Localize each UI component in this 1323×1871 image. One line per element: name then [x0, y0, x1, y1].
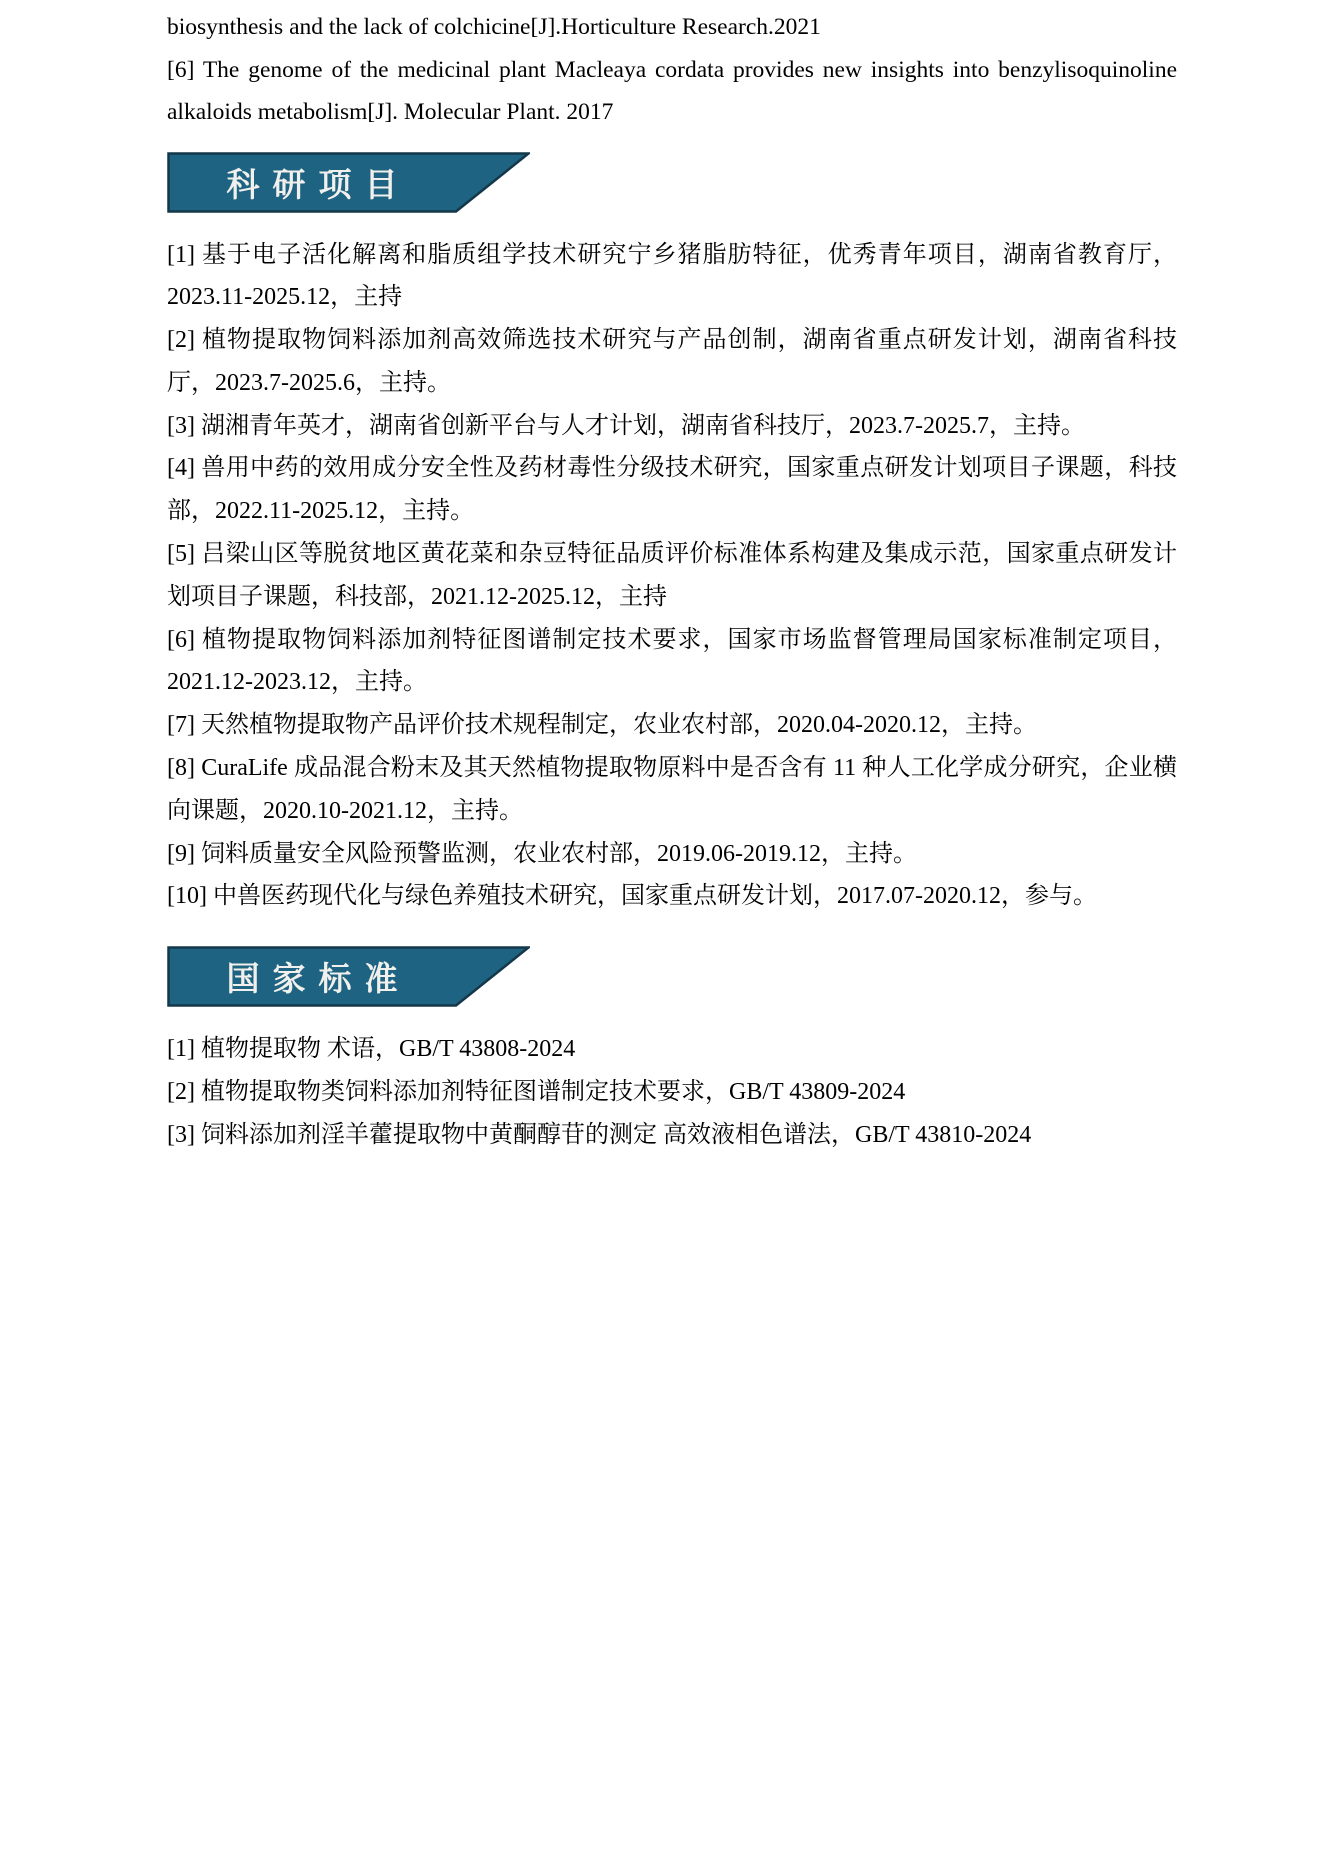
national-standards-list: [1] 植物提取物 术语，GB/T 43808-2024 [2] 植物提取物类饲…	[167, 1028, 1177, 1156]
research-projects-list: [1] 基于电子活化解离和脂质组学技术研究宁乡猪脂肪特征，优秀青年项目，湖南省教…	[167, 234, 1177, 919]
standard-item: [1] 植物提取物 术语，GB/T 43808-2024	[167, 1028, 1177, 1071]
standard-item: [3] 饲料添加剂淫羊藿提取物中黄酮醇苷的测定 高效液相色谱法，GB/T 438…	[167, 1114, 1177, 1157]
project-item: [3] 湖湘青年英才，湖南省创新平台与人才计划，湖南省科技厅，2023.7-20…	[167, 405, 1177, 448]
reference-line: [6] The genome of the medicinal plant Ma…	[167, 49, 1177, 134]
standard-item: [2] 植物提取物类饲料添加剂特征图谱制定技术要求，GB/T 43809-202…	[167, 1071, 1177, 1114]
section-banner-national-standards: 国家标准	[167, 946, 530, 1007]
project-item: [7] 天然植物提取物产品评价技术规程制定，农业农村部，2020.04-2020…	[167, 704, 1177, 747]
project-item: [9] 饲料质量安全风险预警监测，农业农村部，2019.06-2019.12，主…	[167, 833, 1177, 876]
document-page: biosynthesis and the lack of colchicine[…	[0, 0, 1323, 1871]
project-item: [6] 植物提取物饲料添加剂特征图谱制定技术要求，国家市场监督管理局国家标准制定…	[167, 619, 1177, 705]
reference-tail-line: biosynthesis and the lack of colchicine[…	[167, 6, 1177, 49]
section-title-research-projects: 科研项目	[167, 152, 457, 213]
section-banner-research-projects: 科研项目	[167, 152, 530, 213]
project-item: [10] 中兽医药现代化与绿色养殖技术研究，国家重点研发计划，2017.07-2…	[167, 875, 1177, 918]
section-title-national-standards: 国家标准	[167, 946, 457, 1007]
project-item: [5] 吕梁山区等脱贫地区黄花菜和杂豆特征品质评价标准体系构建及集成示范，国家重…	[167, 533, 1177, 619]
project-item: [8] CuraLife 成品混合粉末及其天然植物提取物原料中是否含有 11 种…	[167, 747, 1177, 833]
project-item: [4] 兽用中药的效用成分安全性及药材毒性分级技术研究，国家重点研发计划项目子课…	[167, 447, 1177, 533]
project-item: [2] 植物提取物饲料添加剂高效筛选技术研究与产品创制，湖南省重点研发计划，湖南…	[167, 319, 1177, 405]
project-item: [1] 基于电子活化解离和脂质组学技术研究宁乡猪脂肪特征，优秀青年项目，湖南省教…	[167, 234, 1177, 320]
